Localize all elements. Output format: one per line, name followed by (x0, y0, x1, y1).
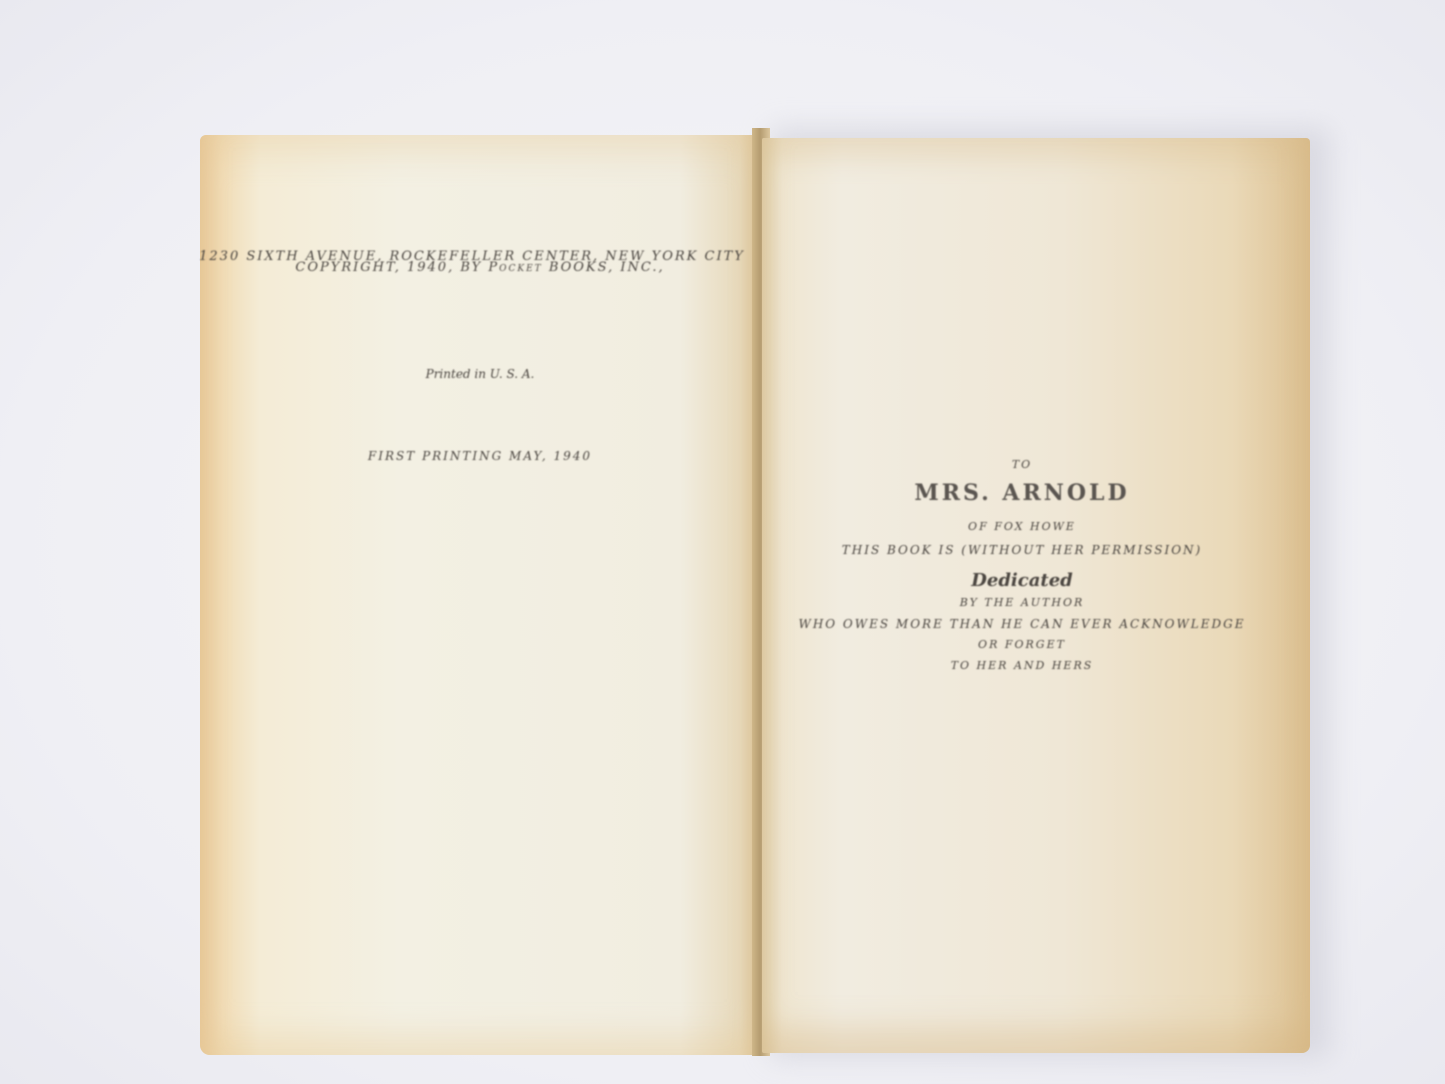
first-printing-line: FIRST PRINTING MAY, 1940 (200, 449, 760, 463)
dedication-dedicated: Dedicated (762, 570, 1282, 591)
dedication-to: TO (762, 458, 1282, 471)
address-line: 1230 SIXTH AVENUE, ROCKEFELLER CENTER, N… (192, 249, 752, 264)
left-page: COPYRIGHT, 1940, BY Pocket BOOKS, INC., … (200, 135, 760, 1055)
printed-in-line: Printed in U. S. A. (200, 367, 760, 381)
dedication-forget: OR FORGET (762, 638, 1282, 651)
dedication-by-author: BY THE AUTHOR (762, 596, 1282, 609)
dedication-place: OF FOX HOWE (762, 520, 1282, 533)
right-page: TO MRS. ARNOLD OF FOX HOWE THIS BOOK IS … (762, 138, 1310, 1053)
dedication-hers: TO HER AND HERS (762, 659, 1282, 672)
dedication-name: MRS. ARNOLD (762, 480, 1282, 506)
dedication-owes: WHO OWES MORE THAN HE CAN EVER ACKNOWLED… (762, 617, 1282, 631)
dedication-book-line: THIS BOOK IS (WITHOUT HER PERMISSION) (762, 543, 1282, 557)
